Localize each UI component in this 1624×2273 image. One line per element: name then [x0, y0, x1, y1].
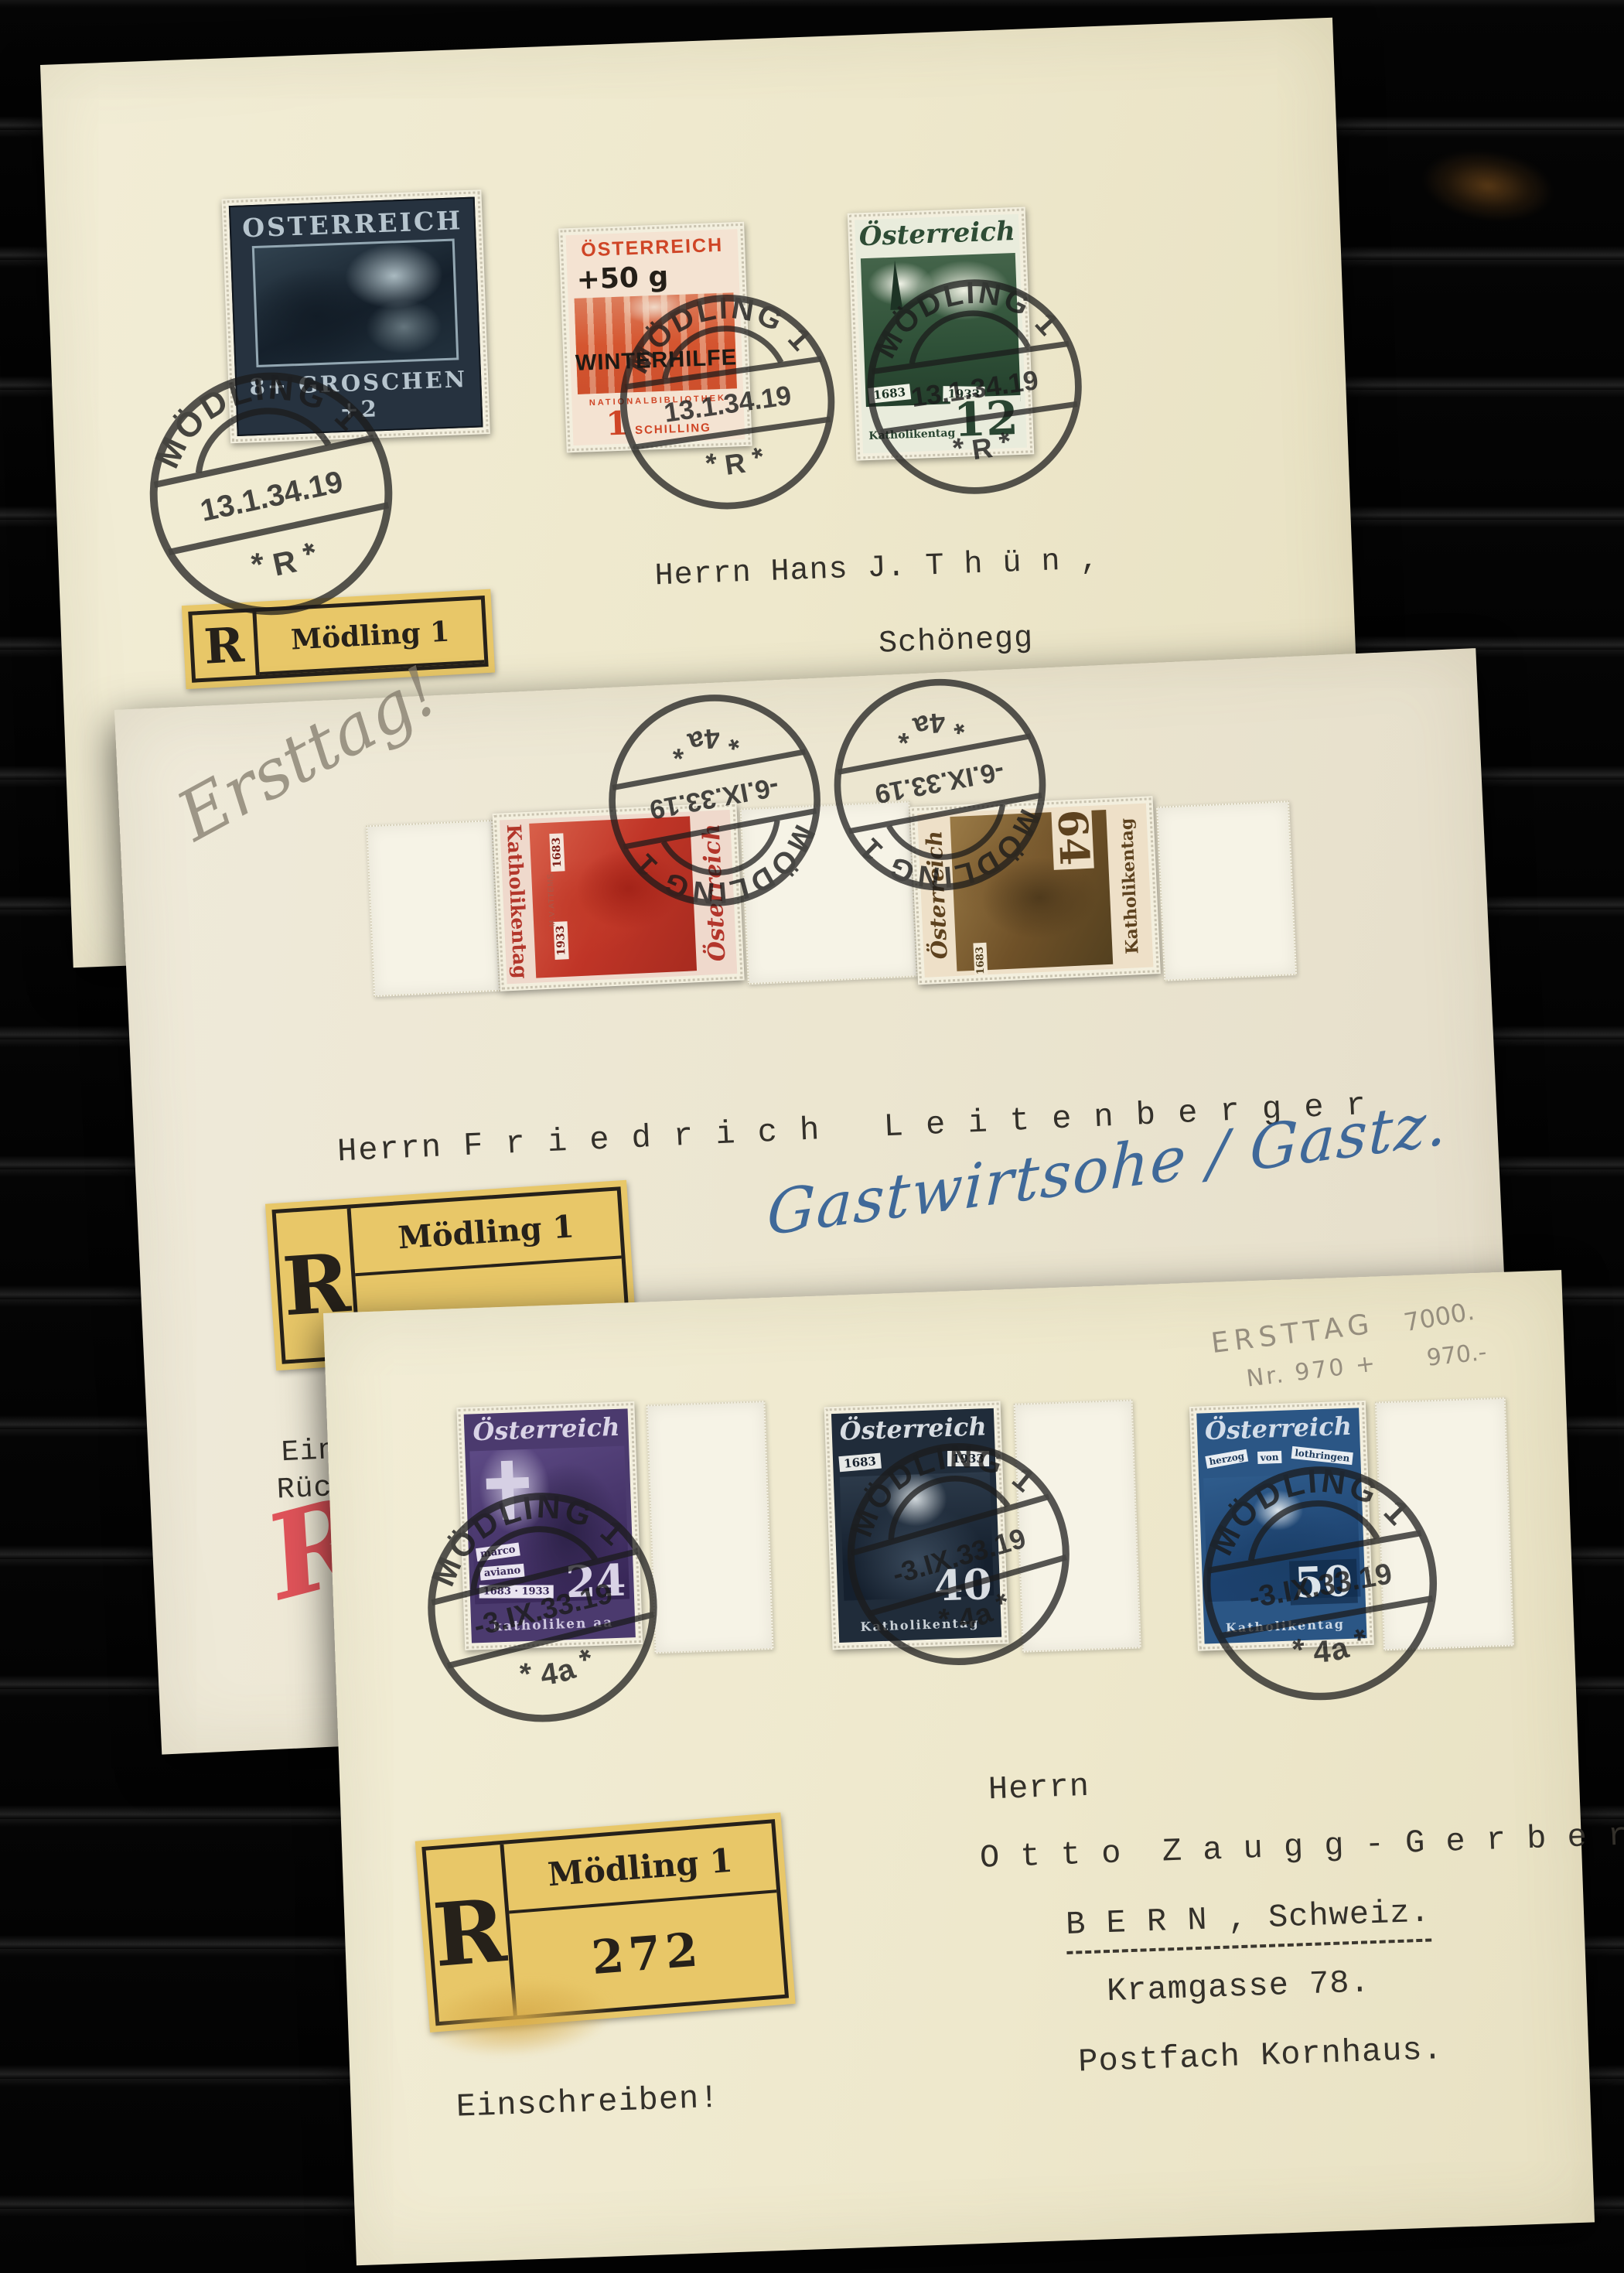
stamp-value: 50: [1289, 1559, 1358, 1606]
stamp-value: 1 SCHILLING: [606, 401, 712, 443]
stamp-denomination-label: 8+ GROSCHEN +2: [237, 362, 482, 434]
year-ribbon-1933: 1933: [947, 1451, 989, 1466]
stamp-art: ÖSTERREICH +50 g WINTERHILFE NATIONALBIB…: [566, 229, 745, 445]
pencil-note-price2: 970.-: [1425, 1339, 1488, 1372]
town-church-picture: [861, 253, 1021, 407]
ribbon-herzog-von-lothringen: herzog von lothringen: [1206, 1449, 1353, 1466]
blank-se-tenant-gutter: [740, 800, 918, 985]
stamp-katholikentag-brown-64: Österreich 64 1683 Katholikentag: [910, 796, 1161, 985]
stamp-caption: Katholikentag: [1204, 1616, 1367, 1636]
year-ribbon-1933: 1933: [554, 921, 569, 960]
overprint-weight: +50 g: [576, 261, 669, 295]
year-ribbon-1683: 1683: [838, 1453, 881, 1473]
blank-se-tenant-tab: [1014, 1400, 1141, 1653]
stamp-wien-12-groschen: Österreich 1683 1933 12 Katholikentag: [848, 206, 1035, 460]
stamp-art: Österreich herzog von lothringen 50 Kath…: [1196, 1408, 1366, 1643]
address-pobox: Postfach Kornhaus.: [1078, 2031, 1444, 2080]
viking-ship-picture: [252, 239, 459, 367]
blank-se-tenant-tab: [1156, 800, 1297, 981]
svg-text:* 4a *: * 4a *: [659, 716, 749, 770]
address-block: Herrn O t t o Z a u g g - G e r b e r B …: [977, 1747, 1624, 2142]
address-street: Kramgasse 78.: [1106, 1964, 1370, 2010]
address-salutation: Herrn: [988, 1768, 1090, 1809]
stamp-caption: Katholikentag: [868, 427, 955, 442]
svg-text:-6.IX.33.19: -6.IX.33.19: [872, 756, 1006, 808]
stamp-value: 64: [1051, 805, 1094, 871]
svg-text:* R *: * R *: [241, 531, 329, 589]
blank-se-tenant-tab: [646, 1401, 773, 1654]
stamp-nibelungen-8-groschen: OSTERREICH 8+ GROSCHEN +2: [222, 189, 490, 443]
registration-label: R Mödling 1: [182, 589, 495, 689]
nationalbibliothek-picture: [575, 292, 737, 394]
stamp-value: 24: [565, 1559, 626, 1605]
stamp-art: Österreich 1683 1933 40 Katholikentag: [831, 1408, 1001, 1643]
address-recipient: Herrn Hans J. T h ü n ,: [654, 543, 1100, 594]
cross-vertical: [501, 1461, 515, 1520]
address-place: Schönegg: [878, 621, 1034, 661]
stamp-winterhilfe-1-schilling: ÖSTERREICH +50 g WINTERHILFE NATIONALBIB…: [558, 222, 752, 453]
blank-se-tenant-tab: [1375, 1398, 1514, 1651]
stamp-caption: Katholikentag: [838, 1615, 1001, 1635]
year-ribbon-1683: 1683: [549, 833, 565, 872]
stamp-country-label: ÖSTERREICH: [566, 229, 739, 262]
registration-label-frame: R Mödling 1: [188, 596, 488, 683]
stamp-country-label: Österreich: [855, 214, 1019, 253]
endorsement-einschreiben: Einschreiben!: [455, 2080, 720, 2126]
stamp-art: Katholikentag 1683 1933 M.V.ATTEMS Öster…: [500, 810, 737, 984]
paper-stain: [1418, 142, 1558, 230]
stamp-art: Österreich marco aviano 1683 · 1933 24 k…: [464, 1408, 636, 1643]
value-number: 1: [606, 404, 629, 442]
stamp-country-label: OSTERREICH: [230, 199, 475, 244]
stamp-country-label: Österreich: [693, 810, 736, 975]
cover-bottom: ERSTTAG Nr. 970 + 7000. 970.- Österreich…: [323, 1270, 1595, 2265]
registration-label-frame: R Mödling 1 272: [421, 1819, 789, 2026]
stamp-country-label: Österreich: [831, 1408, 995, 1446]
stamp-art: Österreich 1683 1933 12 Katholikentag: [855, 214, 1027, 454]
stamp-country-label: Österreich: [917, 812, 956, 978]
ribbon-years: 1683 · 1933: [479, 1585, 554, 1599]
stamp-katholikentag-violet-24: Österreich marco aviano 1683 · 1933 24 k…: [456, 1401, 643, 1650]
registration-body: Mödling 1 272: [503, 1824, 784, 2016]
registration-body: Mödling 1: [256, 599, 484, 675]
pencil-note-catalogue: Nr. 970 +: [1245, 1350, 1379, 1392]
registration-r: R: [193, 612, 260, 678]
registration-number: 272: [509, 1892, 784, 2015]
year-ribbon-1683: 1683: [973, 943, 988, 978]
stamp-art: OSTERREICH 8+ GROSCHEN +2: [229, 197, 483, 436]
cross-horizontal: [486, 1477, 529, 1490]
value-unit: SCHILLING: [635, 421, 711, 438]
stamp-country-label: Österreich: [464, 1408, 629, 1446]
stamp-value: 40: [933, 1563, 993, 1607]
stamp-value: 12: [950, 395, 1022, 444]
stamp-katholikentag-black-40: Österreich 1683 1933 40 Katholikentag: [824, 1401, 1009, 1650]
stamp-katholikentag-blue-50: Österreich herzog von lothringen 50 Kath…: [1189, 1401, 1374, 1651]
blank-se-tenant-tab: [366, 820, 500, 997]
stamp-caption: katholiken aa: [471, 1614, 636, 1635]
svg-text:* 4a *: * 4a *: [885, 701, 974, 755]
address-city: B E R N , Schweiz.: [1065, 1894, 1431, 1954]
stamp-art: Österreich 64 1683 Katholikentag: [917, 804, 1153, 978]
registration-label: R Mödling 1 272: [415, 1813, 796, 2032]
stamp-country-label: Österreich: [1196, 1408, 1360, 1445]
stockbook-page: OSTERREICH 8+ GROSCHEN +2 ÖSTERREICH +50…: [0, 0, 1624, 2273]
stamp-side-caption: Katholikentag: [1107, 804, 1152, 969]
svg-text:13.1.34.19: 13.1.34.19: [197, 465, 346, 528]
registration-r: R: [426, 1845, 517, 2022]
stamp-katholikentag-red-sideways: Katholikentag 1683 1933 M.V.ATTEMS Öster…: [493, 803, 745, 991]
address-recipient: O t t o Z a u g g - G e r b e r: [979, 1817, 1624, 1877]
pencil-note-price1: 7000.: [1401, 1296, 1476, 1337]
